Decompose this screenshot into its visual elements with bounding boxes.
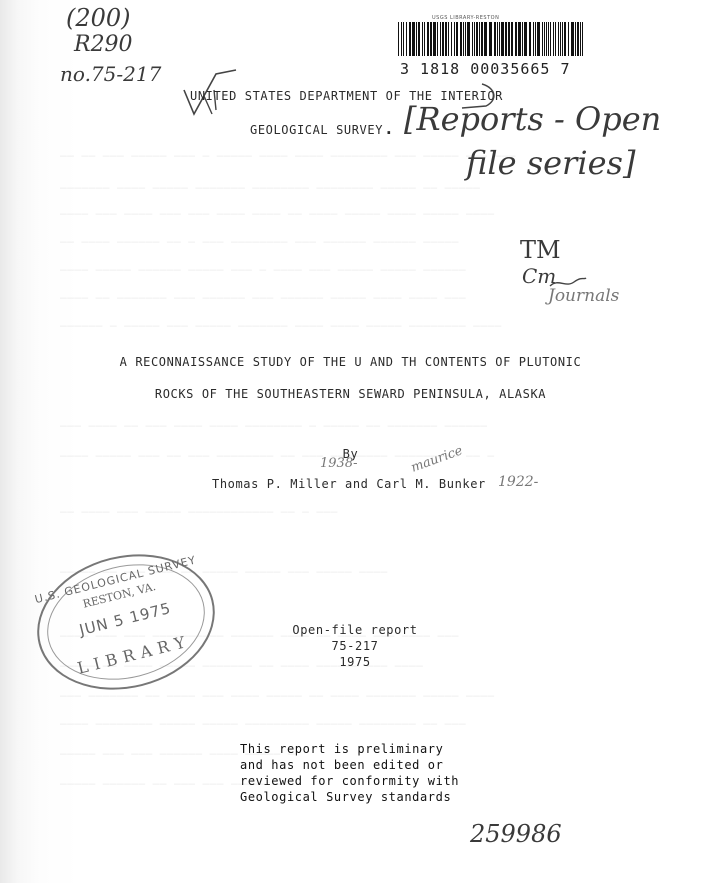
disclaimer-line3: reviewed for conformity with	[240, 774, 459, 788]
authors: Thomas P. Miller and Carl M. Bunker	[212, 477, 486, 491]
bleed-through-text: ─── ─────── ── ──── ─── ──── ───── ── ──…	[60, 690, 620, 703]
handwritten-bunker-year: 1922-	[498, 474, 538, 490]
bleed-through-text: ──── ── ─────── ─── ────── ─── ────── ──…	[60, 292, 620, 305]
barcode-caption: USGS LIBRARY-RESTON	[432, 15, 499, 21]
bleed-through-text: ──── ──────── ───── ───── ───────── ────…	[60, 718, 620, 731]
handwritten-initials: TM	[520, 236, 561, 264]
bleed-through-text: ─── ──── ── ─── ──── ──── ──────── ─ ───…	[60, 420, 620, 433]
bleed-through-text: ──── ─── ──── ─── ─── ──── ──── ── ──── …	[60, 208, 620, 221]
handwritten-number: (200)	[66, 4, 131, 32]
survey-header: GEOLOGICAL SURVEY	[250, 123, 383, 137]
handwritten-series-note-line1: [Reports - Open	[404, 100, 661, 138]
bleed-through-text: ────── ─ ───── ─── ───── ─────── ──── ──…	[60, 320, 620, 333]
handwritten-series-note-line2: file series]	[466, 144, 635, 182]
bleed-through-text: ─────── ──── ───── ─────── ──────── ────…	[60, 182, 620, 195]
handwritten-call-number: R290	[74, 32, 133, 57]
disclaimer-line1: This report is preliminary	[240, 742, 443, 756]
report-title-line2: ROCKS OF THE SOUTHEASTERN SEWARD PENINSU…	[0, 387, 701, 401]
bleed-through-text: ── ──── ─── ───── ──────────── ── ─ ───	[60, 506, 620, 519]
report-year: 1975	[240, 655, 470, 669]
header-period: .	[384, 119, 394, 138]
report-number: 75-217	[240, 639, 470, 653]
barcode-bars	[398, 22, 586, 56]
library-received-stamp: U.S. GEOLOGICAL SURVEY RESTON, VA. JUN 5…	[23, 536, 230, 708]
library-barcode: USGS LIBRARY-RESTON 3 1818 00035665 7	[394, 15, 590, 83]
report-type: Open-file report	[240, 623, 470, 637]
handwritten-miller-year: 1938-	[320, 456, 357, 471]
disclaimer-line2: and has not been edited or	[240, 758, 443, 772]
barcode-number: 3 1818 00035665 7	[400, 60, 571, 78]
report-title-line1: A RECONNAISSANCE STUDY OF THE U AND TH C…	[0, 355, 701, 369]
document-page: ── ── ─── ───── ─── ─ ───── ──── ──── ──…	[0, 0, 701, 883]
disclaimer-line4: Geological Survey standards	[240, 790, 451, 804]
handwritten-report-number: no.75-217	[60, 62, 161, 86]
handwritten-journals: Journals	[548, 286, 619, 306]
handwritten-accession-number: 259986	[470, 820, 562, 848]
